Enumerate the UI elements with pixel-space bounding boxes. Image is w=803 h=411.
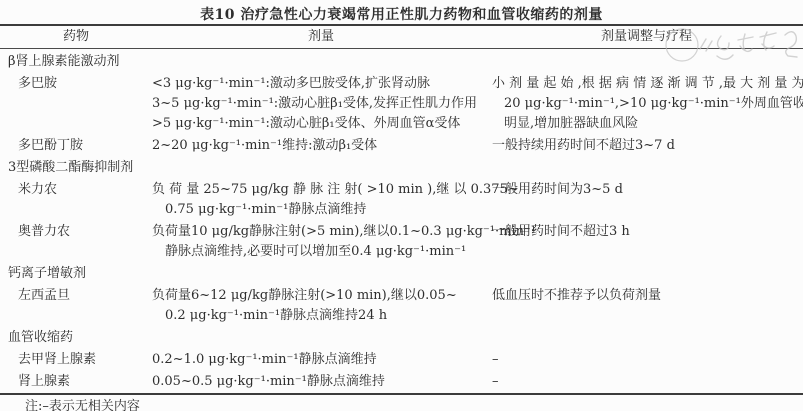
adjustment-cell: – [490,372,803,392]
section-row-pde3-inhibitors: 3型磷酸二酯酶抑制剂 [0,158,803,178]
table-row-norepinephrine: 去甲肾上腺素 0.2~1.0 μg·kg⁻¹·min⁻¹静脉点滴维持 – [0,350,803,370]
dose-cell: 负荷量10 μg/kg静脉注射(>5 min),继以0.1~0.3 μg·kg⁻… [152,222,490,262]
table-body: β肾上腺素能激动剂 多巴胺 <3 μg·kg⁻¹·min⁻¹:激动多巴胺受体,扩… [0,49,803,392]
section-row-calcium-sensitizers: 钙离子增敏剂 [0,264,803,284]
adjustment-cell: 低血压时不推荐予以负荷剂量 [490,286,803,326]
table-row-dobutamine: 多巴酚丁胺 2~20 μg·kg⁻¹·min⁻¹维持:激动β₁受体 一般持续用药… [0,136,803,156]
adjustment-line: 20 μg·kg⁻¹·min⁻¹,>10 μg·kg⁻¹·min⁻¹外周血管收缩 [490,94,803,114]
drug-name: 奥普力农 [0,222,152,242]
dose-cell: <3 μg·kg⁻¹·min⁻¹:激动多巴胺受体,扩张肾动脉 3~5 μg·kg… [152,74,490,134]
drug-name: 左西孟旦 [0,286,152,306]
paper-table-page: 表10 治疗急性心力衰竭常用正性肌力药物和血管收缩药的剂量 药物 剂量 剂量调整… [0,0,803,411]
dose-line: 0.05~0.5 μg·kg⁻¹·min⁻¹静脉点滴维持 [152,372,490,392]
dose-line: >5 μg·kg⁻¹·min⁻¹:激动心脏β₁受体、外周血管α受体 [152,114,490,134]
dose-line: 0.75 μg·kg⁻¹·min⁻¹静脉点滴维持 [152,200,490,220]
adjustment-line: 低血压时不推荐予以负荷剂量 [490,286,803,306]
dose-line: 负 荷 量 25~75 μg/kg 静 脉 注 射( >10 min ),继 以… [152,180,490,200]
section-row-beta-agonists: β肾上腺素能激动剂 [0,52,803,72]
adjustment-line: 明显,增加脏器缺血风险 [490,114,803,134]
drug-cell: 去甲肾上腺素 [0,350,152,370]
adjustment-cell: 小 剂 量 起 始 ,根 据 病 情 逐 渐 调 节 ,最 大 剂 量 为 20… [490,74,803,134]
dose-line: 0.2 μg·kg⁻¹·min⁻¹静脉点滴维持24 h [152,306,490,326]
adjustment-dash: – [490,372,803,392]
table-row-olprinone: 奥普力农 负荷量10 μg/kg静脉注射(>5 min),继以0.1~0.3 μ… [0,222,803,262]
section-label: 3型磷酸二酯酶抑制剂 [0,158,803,178]
drug-cell: 奥普力农 [0,222,152,262]
adjustment-line: 小 剂 量 起 始 ,根 据 病 情 逐 渐 调 节 ,最 大 剂 量 为 [490,74,803,94]
section-label: β肾上腺素能激动剂 [0,52,803,72]
dose-cell: 2~20 μg·kg⁻¹·min⁻¹维持:激动β₁受体 [152,136,490,156]
dose-line: 负荷量10 μg/kg静脉注射(>5 min),继以0.1~0.3 μg·kg⁻… [152,222,490,242]
adjustment-cell: 一般用药时间不超过3 h [490,222,803,262]
drug-cell: 米力农 [0,180,152,220]
table-row-milrinone: 米力农 负 荷 量 25~75 μg/kg 静 脉 注 射( >10 min )… [0,180,803,220]
table-bottom-rule [0,393,803,395]
adjustment-line: 一般用药时间为3~5 d [490,180,803,200]
dose-line: 0.2~1.0 μg·kg⁻¹·min⁻¹静脉点滴维持 [152,350,490,370]
table-title: 表10 治疗急性心力衰竭常用正性肌力药物和血管收缩药的剂量 [0,0,803,24]
dose-cell: 0.2~1.0 μg·kg⁻¹·min⁻¹静脉点滴维持 [152,350,490,370]
dose-line: 负荷量6~12 μg/kg静脉注射(>10 min),继以0.05~ [152,286,490,306]
column-header-drug: 药物 [0,26,152,48]
adjustment-cell: – [490,350,803,370]
column-header-adjustment: 剂量调整与疗程 [490,26,803,48]
table-row-epinephrine: 肾上腺素 0.05~0.5 μg·kg⁻¹·min⁻¹静脉点滴维持 – [0,372,803,392]
drug-cell: 多巴酚丁胺 [0,136,152,156]
dose-line: 静脉点滴维持,必要时可以增加至0.4 μg·kg⁻¹·min⁻¹ [152,242,490,262]
drug-cell: 左西孟旦 [0,286,152,326]
dose-cell: 负 荷 量 25~75 μg/kg 静 脉 注 射( >10 min ),继 以… [152,180,490,220]
table-row-levosimendan: 左西孟旦 负荷量6~12 μg/kg静脉注射(>10 min),继以0.05~ … [0,286,803,326]
drug-name: 去甲肾上腺素 [0,350,152,370]
column-header-dose: 剂量 [152,26,490,48]
adjustment-line: 一般持续用药时间不超过3~7 d [490,136,803,156]
dose-cell: 负荷量6~12 μg/kg静脉注射(>10 min),继以0.05~ 0.2 μ… [152,286,490,326]
adjustment-cell: 一般用药时间为3~5 d [490,180,803,220]
adjustment-cell: 一般持续用药时间不超过3~7 d [490,136,803,156]
table-footnote: 注:–表示无相关内容 [0,399,803,411]
dose-cell: 0.05~0.5 μg·kg⁻¹·min⁻¹静脉点滴维持 [152,372,490,392]
section-row-vasoconstrictors: 血管收缩药 [0,328,803,348]
table-header-row: 药物 剂量 剂量调整与疗程 [0,24,803,49]
adjustment-dash: – [490,350,803,370]
drug-name: 多巴酚丁胺 [0,136,152,156]
section-label: 血管收缩药 [0,328,803,348]
adjustment-line: 一般用药时间不超过3 h [490,222,803,242]
dose-line: 3~5 μg·kg⁻¹·min⁻¹:激动心脏β₁受体,发挥正性肌力作用 [152,94,490,114]
drug-cell: 肾上腺素 [0,372,152,392]
drug-name: 肾上腺素 [0,372,152,392]
dose-line: 2~20 μg·kg⁻¹·min⁻¹维持:激动β₁受体 [152,136,490,156]
drug-cell: 多巴胺 [0,74,152,134]
drug-name: 多巴胺 [0,74,152,94]
drug-name: 米力农 [0,180,152,200]
dose-line: <3 μg·kg⁻¹·min⁻¹:激动多巴胺受体,扩张肾动脉 [152,74,490,94]
section-label: 钙离子增敏剂 [0,264,803,284]
table-row-dopamine: 多巴胺 <3 μg·kg⁻¹·min⁻¹:激动多巴胺受体,扩张肾动脉 3~5 μ… [0,74,803,134]
